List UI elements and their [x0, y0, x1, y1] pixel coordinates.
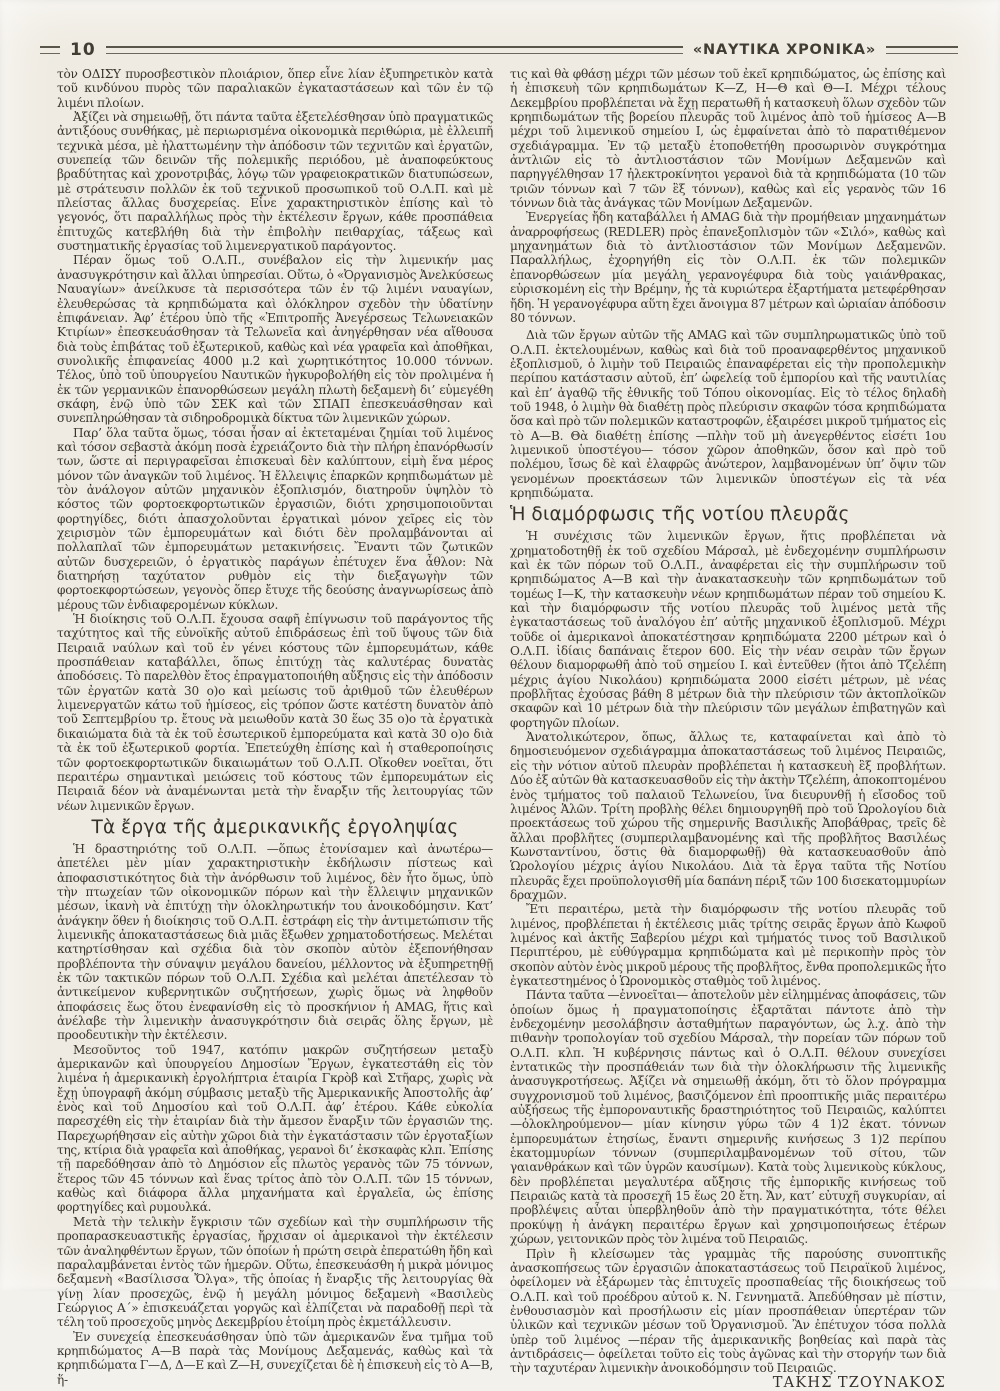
magazine-page: 10 «ΝΑΥΤΙΚΑ ΧΡΟΝΙΚΑ» τὸν ΟΔΙΣΥ πυροσβεστ…: [0, 0, 1000, 1291]
body-paragraph: τὸν ΟΔΙΣΥ πυροσβεστικὸν πλοιάριον, ὅπερ …: [57, 67, 493, 110]
right-column: τις καὶ θὰ φθάσῃ μέχρι τῶν μέσων τοῦ ἐκε…: [510, 67, 946, 1291]
body-paragraph: Πρὶν ἢ κλείσωμεν τὰς γραμμὰς τῆς παρούση…: [510, 1247, 946, 1292]
left-column: τὸν ΟΔΙΣΥ πυροσβεστικὸν πλοιάριον, ὅπερ …: [57, 67, 493, 1291]
section-heading-south-side: Ἡ διαμόρφωσις τῆς νοτίου πλευρᾶς: [510, 503, 946, 527]
header-rule-left: [40, 46, 60, 54]
header-rule-right: [886, 46, 958, 54]
journal-title: «ΝΑΥΤΙΚΑ ΧΡΟΝΙΚΑ»: [693, 43, 876, 58]
body-paragraph: Ἐνεργείας ἤδη καταβάλλει ἡ AMAG διὰ τὴν …: [510, 210, 946, 325]
section-heading-american-works: Τὰ ἔργα τῆς ἀμερικανικῆς ἐργοληψίας: [57, 816, 493, 840]
body-paragraph: Διὰ τῶν ἔργων αὐτῶν τῆς AMAG καὶ τῶν συμ…: [510, 328, 946, 500]
article-body: τὸν ΟΔΙΣΥ πυροσβεστικὸν πλοιάριον, ὅπερ …: [57, 67, 946, 1291]
body-paragraph: Ἡ δραστηριότης τοῦ Ο.Λ.Π. —ὅπως ἐτονίσαμ…: [57, 842, 493, 1043]
body-paragraph: Ἡ συνέχισις τῶν λιμενικῶν ἔργων, ἥτις πρ…: [510, 529, 946, 730]
header-rule-middle: [106, 46, 683, 54]
body-paragraph: τις καὶ θὰ φθάσῃ μέχρι τῶν μέσων τοῦ ἐκε…: [510, 67, 946, 210]
body-paragraph: Μεσοῦντος τοῦ 1947, κατόπιν μακρῶν συζητ…: [57, 1043, 493, 1215]
body-paragraph: Μετὰ τὴν τελικὴν ἔγκρισιν τῶν σχεδίων κα…: [57, 1215, 493, 1291]
body-paragraph: Πάντα ταῦτα —ἐννοεῖται— ἀποτελοῦν μὲν εἰ…: [510, 988, 946, 1246]
body-paragraph: Ἔτι περαιτέρω, μετὰ τὴν διαμόρφωσιν τῆς …: [510, 902, 946, 988]
body-paragraph: Ἀξίζει νὰ σημειωθῇ, ὅτι πάντα ταῦτα ἐξετ…: [57, 110, 493, 253]
body-paragraph: Ἀνατολικώτερον, ὅπως, ἄλλως τε, καταφαίν…: [510, 730, 946, 902]
body-paragraph: Παρ’ ὅλα ταῦτα ὅμως, τόσαι ἦσαν αἱ ἐκτετ…: [57, 426, 493, 612]
body-paragraph: Πέραν ὅμως τοῦ Ο.Λ.Π., συνέβαλον εἰς τὴν…: [57, 253, 493, 425]
page-header: 10 «ΝΑΥΤΙΚΑ ΧΡΟΝΙΚΑ»: [40, 41, 958, 59]
page-number: 10: [70, 42, 96, 59]
body-paragraph: Ἡ διοίκησις τοῦ Ο.Λ.Π. ἔχουσα σαφῆ ἐπίγν…: [57, 612, 493, 813]
